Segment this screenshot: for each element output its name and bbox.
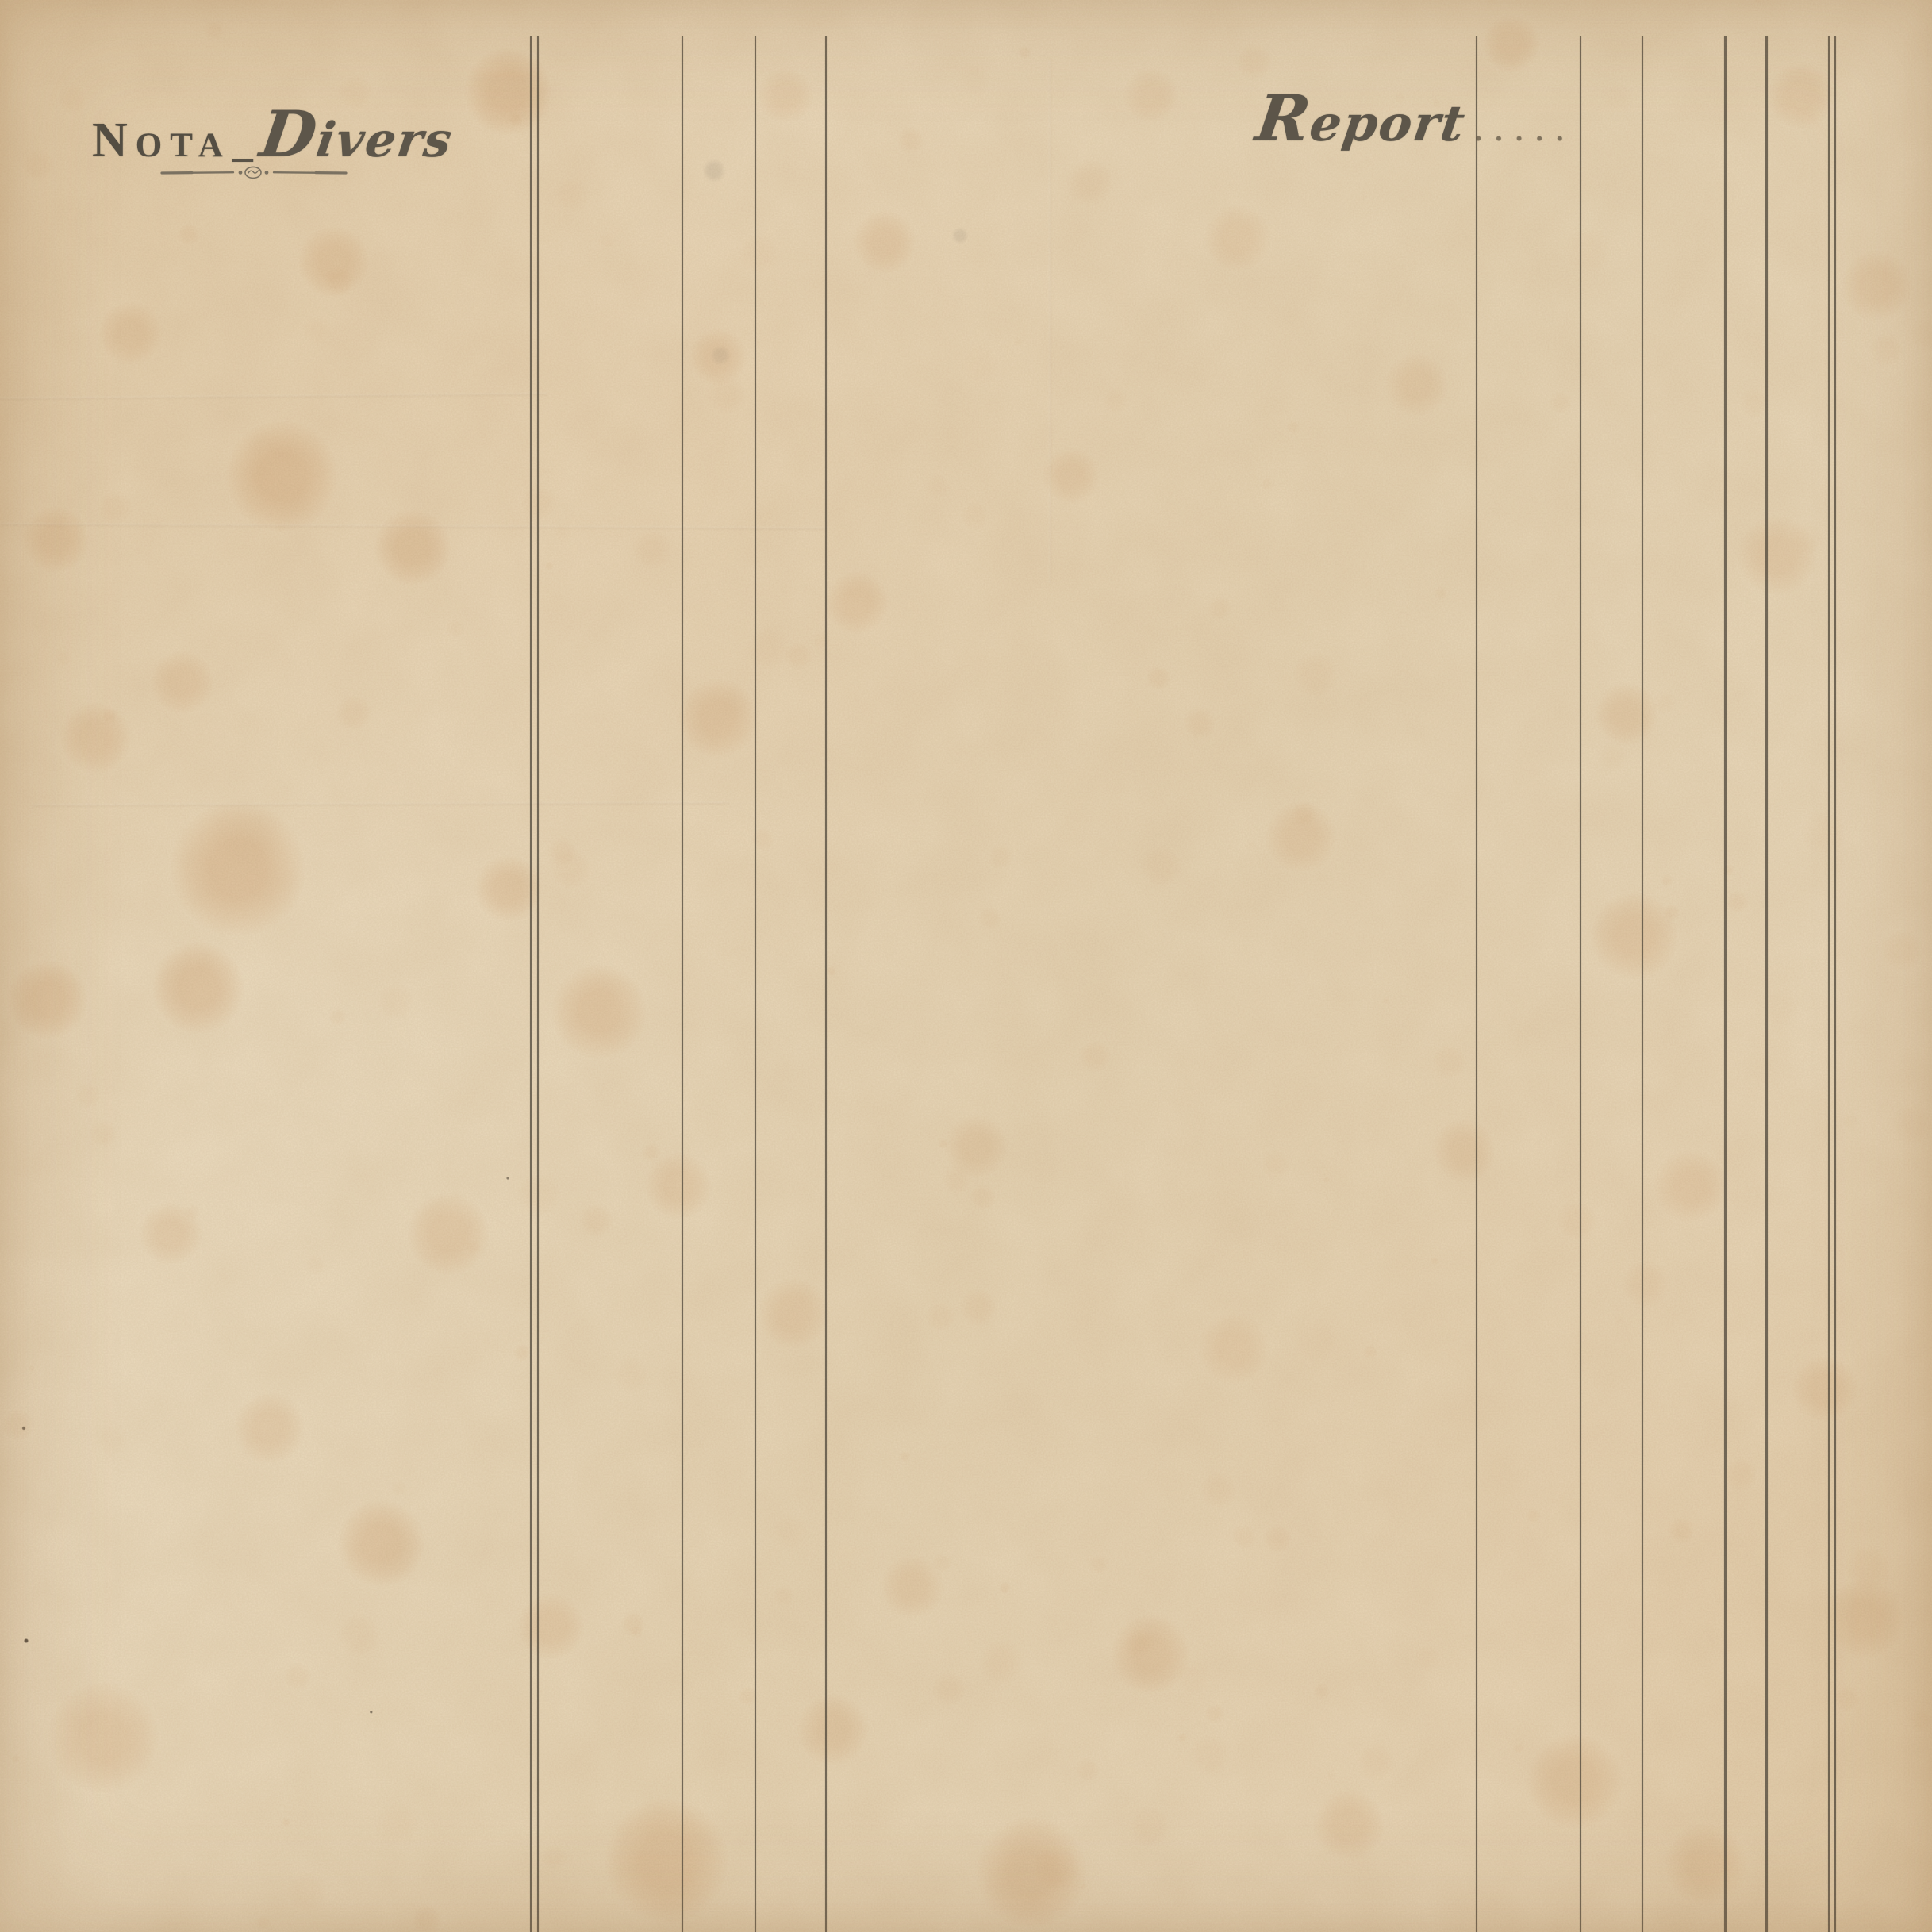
nota-caps-word: Nota: [92, 113, 231, 169]
divider-ornament-icon: [160, 165, 348, 181]
report-header: Report .....: [1257, 81, 1574, 156]
divers-script-word: Divers: [255, 97, 459, 171]
report-leader-dots: .....: [1473, 106, 1574, 149]
nota-header: Nota _ Divers: [92, 97, 453, 171]
printed-text-layer: Nota _ Divers Report .....: [0, 0, 1932, 1932]
ledger-page: Nota _ Divers Report .....: [0, 0, 1932, 1932]
report-script-word: Report: [1251, 81, 1471, 156]
nota-separator: _: [232, 120, 253, 167]
